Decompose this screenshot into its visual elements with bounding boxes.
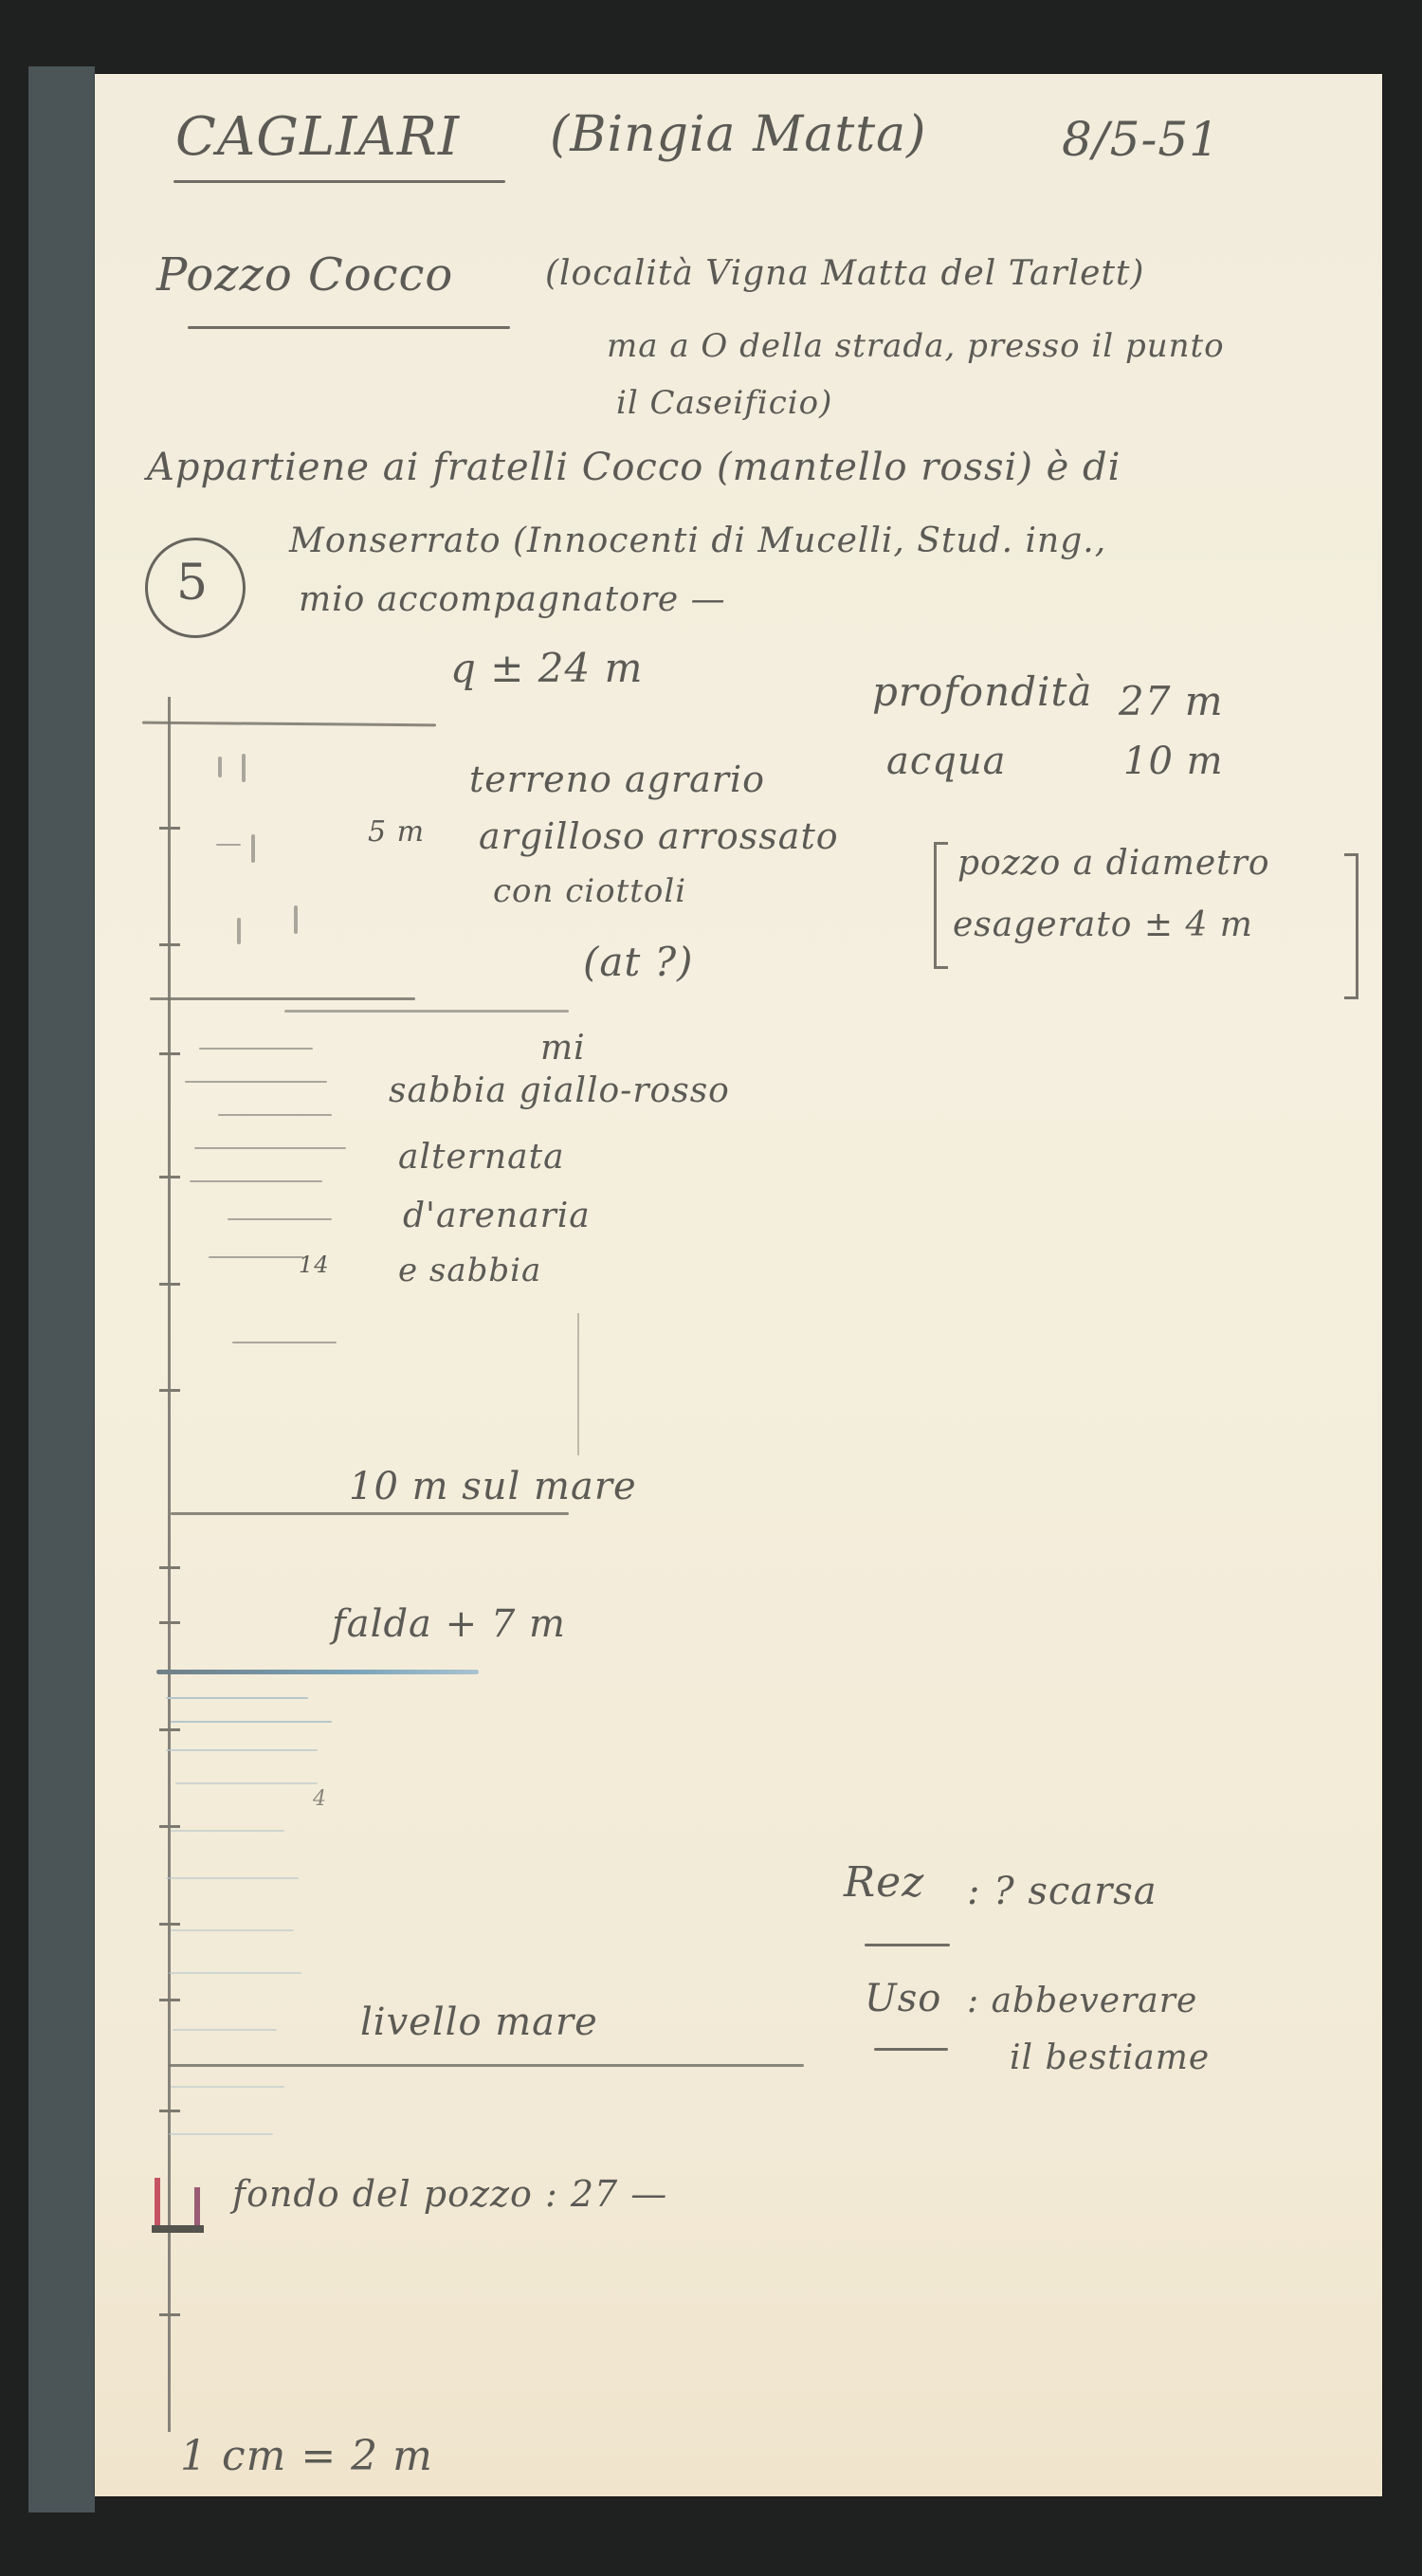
sand-hatch (209, 1256, 303, 1258)
scale-tick (159, 1283, 180, 1286)
soil-hatch (294, 905, 298, 934)
well-location-line-1: (località Vigna Matta del Tarlett) (545, 254, 1144, 293)
layer-1-thickness: 5 m (368, 815, 425, 849)
well-info-line-2: Monserrato (Innocenti di Mucelli, Stud. … (289, 521, 1106, 560)
layer-boundary-line (150, 997, 415, 1000)
header-area: (Bingia Matta) (550, 106, 926, 163)
water-hatch (166, 1749, 318, 1751)
scale-tick (159, 1728, 180, 1731)
water-hatch (173, 2029, 277, 2031)
layer-boundary-line (284, 1010, 569, 1013)
scale-tick (159, 1176, 180, 1178)
well-name-underline (188, 326, 510, 329)
soil-hatch (242, 754, 246, 782)
well-bottom-label: fondo del pozzo : 27 — (232, 2173, 667, 2215)
scale-tick (159, 1052, 180, 1055)
scale-tick (159, 1923, 180, 1926)
uso-underline (874, 2048, 948, 2051)
scale-tick (159, 2110, 180, 2112)
water-hatch (166, 1697, 308, 1699)
sea-level-line (169, 2064, 804, 2067)
depth-scale-axis (168, 697, 171, 2432)
header-place: CAGLIARI (175, 106, 460, 168)
uso-value-line-1: : abbeverare (967, 1982, 1197, 2020)
bracket-note-line-1: pozzo a diametro (957, 844, 1270, 883)
scale-tick (159, 1825, 180, 1828)
layer-1-line-2: argilloso arrossato (479, 815, 839, 857)
scale-tick (159, 1621, 180, 1624)
bracket-left (934, 842, 948, 969)
soil-hatch (237, 918, 241, 944)
well-number: 5 (176, 555, 209, 612)
water-value: 10 m (1123, 740, 1224, 783)
layer-2-line-2: alternata (398, 1138, 565, 1177)
scale-tick (159, 827, 180, 830)
well-location-line-3: il Caseificio) (616, 384, 832, 422)
header-date: 8/5-51 (1062, 112, 1220, 167)
layer-1-line-1: terreno agrario (469, 758, 765, 800)
water-table-label: falda + 7 m (332, 1602, 566, 1646)
water-hatch (171, 2086, 284, 2088)
rez-label: Rez (844, 1858, 924, 1907)
layer-1-line-3: con ciottoli (493, 872, 686, 910)
sand-hatch (199, 1048, 313, 1050)
scale-tick (159, 943, 180, 946)
sand-hatch (190, 1180, 322, 1182)
depth-label: profondità (872, 668, 1092, 715)
soil-hatch (251, 834, 255, 863)
layer-2-top-note: mi (540, 1029, 586, 1068)
well-location-line-2: ma a O della strada, presso il punto (607, 327, 1225, 365)
guide-line (577, 1313, 579, 1455)
scan-backdrop-strip (28, 66, 95, 2512)
scale-tick (159, 2313, 180, 2316)
water-zone-mark: 4 (313, 1787, 327, 1811)
sand-hatch (218, 1114, 332, 1116)
layer-2-line-4: e sabbia (398, 1251, 541, 1289)
notebook-page (95, 74, 1382, 2496)
depth-value: 27 m (1119, 678, 1224, 724)
uso-label: Uso (865, 1977, 941, 2020)
bracket-note-line-2: esagerato ± 4 m (953, 905, 1253, 944)
water-hatch (169, 1972, 301, 1974)
ten-m-above-sea-label: 10 m sul mare (349, 1465, 637, 1508)
water-label: acqua (886, 740, 1006, 783)
sand-hatch (194, 1147, 346, 1149)
layer-1-query: (at ?) (583, 939, 694, 985)
layer-2-line-3: d'arenaria (403, 1197, 591, 1235)
bracket-right (1344, 853, 1358, 999)
sand-hatch (185, 1081, 327, 1083)
layer-2-line-1: sabbia giallo-rosso (389, 1071, 730, 1110)
water-hatch (175, 1782, 318, 1784)
layer-2-side-mark: 14 (299, 1251, 330, 1278)
water-hatch (171, 1721, 332, 1723)
uso-value-line-2: il bestiame (1010, 2038, 1210, 2077)
water-table-line (156, 1670, 479, 1674)
water-hatch (169, 2133, 273, 2135)
header-place-underline (173, 180, 505, 183)
scale-tick (159, 1389, 180, 1392)
ten-m-above-sea-line (171, 1512, 569, 1515)
well-info-line-1: Appartiene ai fratelli Cocco (mantello r… (147, 446, 1121, 489)
sand-hatch (228, 1218, 332, 1220)
sea-level-label: livello mare (360, 2001, 598, 2044)
scale-tick (159, 1999, 180, 2001)
rez-value: : ? scarsa (967, 1870, 1158, 1913)
water-hatch (171, 1929, 294, 1931)
scale-tick (159, 1566, 180, 1569)
soil-hatch (218, 757, 222, 777)
scale-label: 1 cm = 2 m (180, 2432, 433, 2480)
water-hatch (166, 1877, 299, 1879)
well-info-line-3: mio accompagnatore — (299, 580, 726, 619)
sand-hatch (232, 1342, 337, 1343)
well-name: Pozzo Cocco (156, 248, 453, 301)
water-hatch (171, 1830, 284, 1832)
elevation-label: q ± 24 m (450, 645, 643, 691)
soil-hatch (216, 844, 241, 846)
well-bottom-marker-icon (147, 2173, 209, 2239)
rez-underline (865, 1944, 950, 1946)
